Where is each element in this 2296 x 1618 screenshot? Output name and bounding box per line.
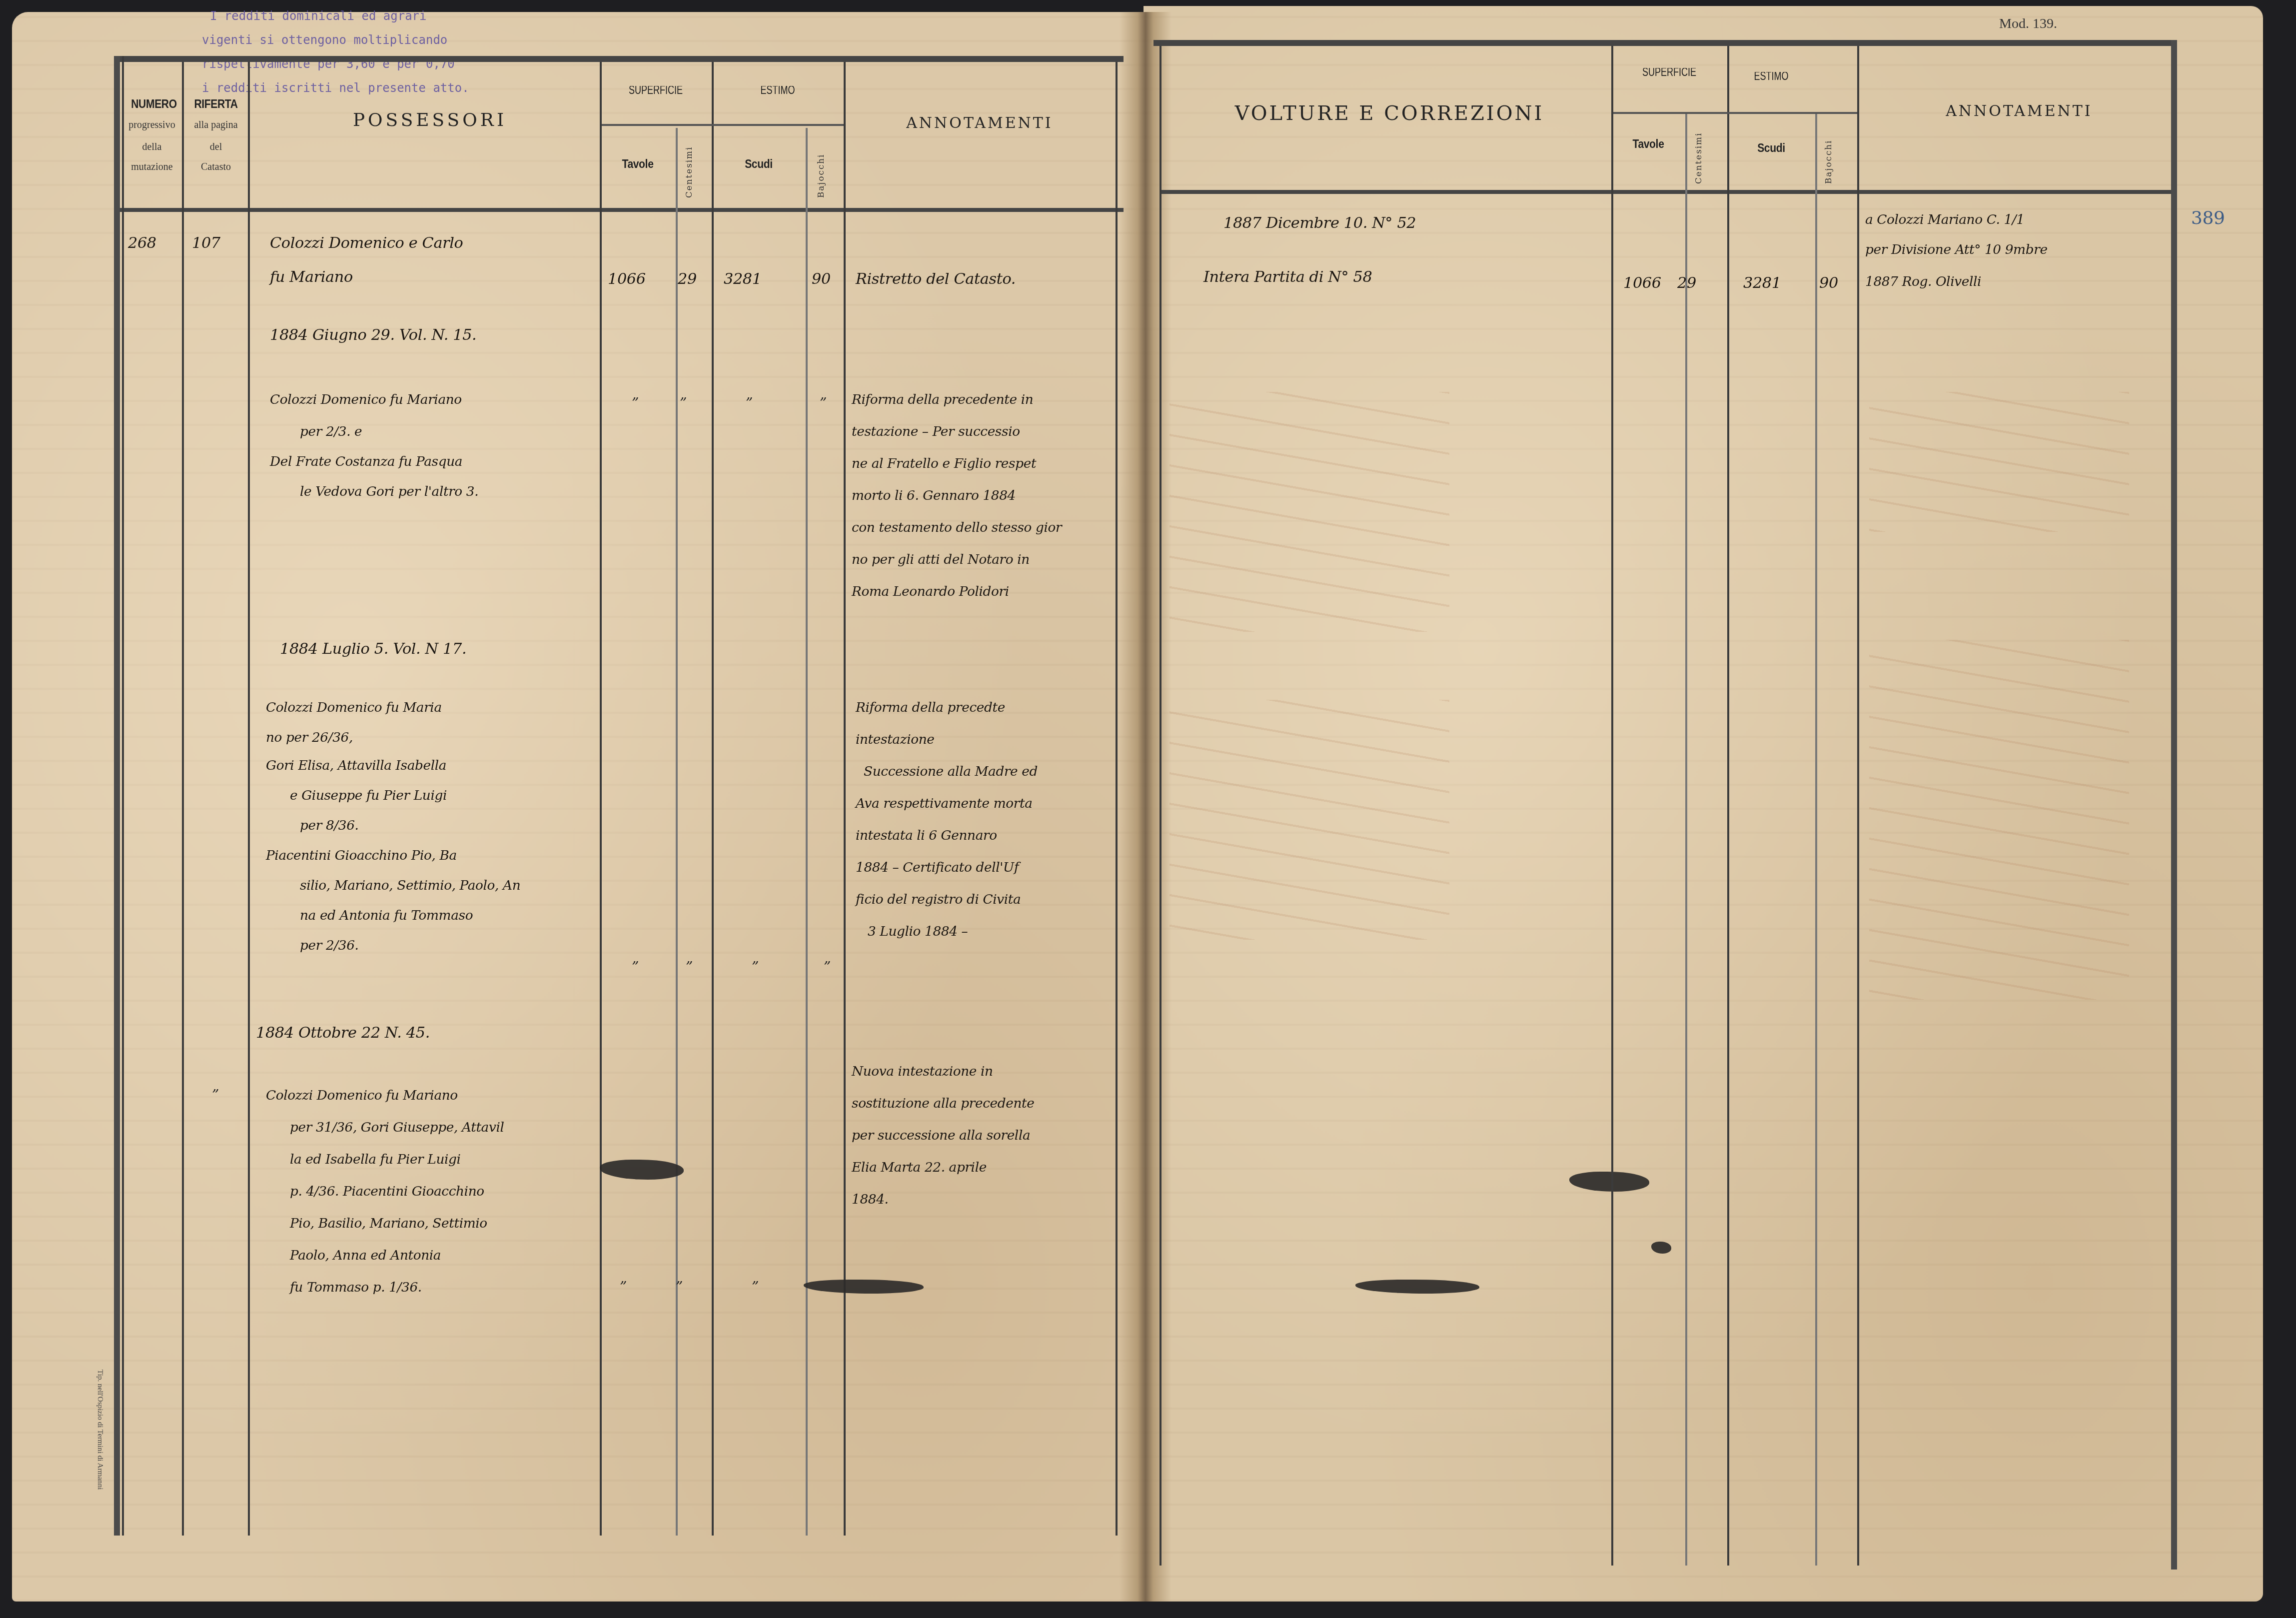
- possessori-line: Gori Elisa, Attavilla Isabella: [266, 758, 446, 774]
- scanned-ledger-spread: I redditi dominicali ed agrari vigenti s…: [0, 0, 2296, 1618]
- col-divider: [1611, 46, 1613, 1566]
- annotamenti-line: 1884 – Certificato dell'Uf: [856, 860, 1019, 876]
- col-divider: [1116, 62, 1118, 1536]
- annotamenti-line: Roma Leonardo Polidori: [852, 584, 1009, 600]
- header-possessori: POSSESSORI: [290, 114, 570, 134]
- margin-reference-number: 389: [2191, 210, 2225, 230]
- centesimi-ditto: ”: [680, 396, 687, 412]
- col-divider: [1159, 46, 1161, 1566]
- annotamenti-line: a Colozzi Mariano C. 1/1: [1865, 212, 2025, 228]
- annotamenti-line: per Divisione Att° 10 9mbre: [1865, 242, 2048, 258]
- header-centesimi: Centesimi: [684, 146, 694, 198]
- header-annotamenti: ANNOTAMENTI: [1869, 104, 2169, 120]
- possessori-line: Paolo, Anna ed Antonia: [290, 1248, 441, 1264]
- book-gutter: [1120, 12, 1171, 1602]
- subheader-divider: [602, 124, 844, 126]
- col-divider: [182, 62, 184, 1536]
- possessori-line: le Vedova Gori per l'altro 3.: [300, 484, 478, 500]
- annotamenti-line: morto li 6. Gennaro 1884: [852, 488, 1016, 504]
- col-divider: [1727, 46, 1729, 1566]
- printer-imprint: Tip. nell'Ospizio di Termini di Armanni: [96, 1370, 104, 1490]
- possessori-line: Colozzi Domenico fu Maria: [266, 700, 442, 716]
- header-numero: NUMERO: [128, 100, 179, 113]
- possessori-line: Colozzi Domenico fu Mariano: [270, 392, 462, 408]
- possessori-line: per 8/36.: [300, 818, 359, 834]
- possessori-line: e Giuseppe fu Pier Luigi: [290, 788, 447, 804]
- bleed-through-ink: [1169, 700, 1449, 940]
- annotamenti-line: no per gli atti del Notaro in: [852, 552, 1030, 568]
- possessori-line: Del Frate Costanza fu Pasqua: [270, 454, 462, 470]
- volture-line: 1887 Dicembre 10. N° 52: [1223, 214, 1416, 232]
- possessori-line: Colozzi Domenico fu Mariano: [266, 1088, 458, 1104]
- tavole-ditto: ”: [620, 1280, 627, 1296]
- centesimi-ditto: ”: [686, 960, 693, 976]
- outer-left-border: [114, 56, 120, 1536]
- scudi-ditto: ”: [752, 1280, 759, 1296]
- mutation-date: 1884 Luglio 5. Vol. N 17.: [280, 640, 466, 658]
- header-bottom-border: [1159, 190, 2177, 194]
- annotamenti-line: sostituzione alla precedente: [852, 1096, 1034, 1112]
- annotamenti-line: Riforma della precedte: [856, 700, 1005, 716]
- centesimi-value: 29: [678, 270, 697, 288]
- numero-value: 268: [128, 234, 156, 252]
- header-estimo: ESTIMO: [728, 86, 827, 99]
- bajocchi-value: 90: [1819, 274, 1838, 292]
- numero-ditto: ”: [212, 1088, 219, 1104]
- annotamenti-line: Successione alla Madre ed: [864, 764, 1038, 780]
- col-divider: [806, 128, 808, 1536]
- header-riferta: RIFERTA: [189, 100, 243, 113]
- stamp-line: I redditi dominicali ed agrari: [210, 10, 427, 24]
- header-tavole: Tavole: [605, 160, 670, 173]
- header-riferta-sub: alla pagina del Catasto: [184, 122, 248, 175]
- annotamenti-line: 1884.: [852, 1192, 889, 1208]
- bajocchi-ditto: ”: [824, 960, 831, 976]
- subheader-divider: [1613, 112, 1857, 114]
- annotamenti-line: ne al Fratello e Figlio respet: [852, 456, 1036, 472]
- possessori-line: Colozzi Domenico e Carlo: [270, 234, 463, 252]
- col-divider: [1857, 46, 1859, 1566]
- possessori-line: fu Tommaso p. 1/36.: [290, 1280, 422, 1296]
- volture-line: Intera Partita di N° 58: [1203, 268, 1372, 286]
- annotamenti-line: testazione – Per successio: [852, 424, 1020, 440]
- annotamenti-line: Ava respettivamente morta: [856, 796, 1033, 812]
- outer-right-border: [2171, 40, 2177, 1570]
- tavole-value: 1066: [608, 270, 646, 288]
- top-border: [114, 56, 1124, 62]
- scudi-ditto: ”: [752, 960, 759, 976]
- centesimi-value: 29: [1677, 274, 1696, 292]
- scudi-value: 3281: [1743, 274, 1781, 292]
- header-bottom-border: [114, 208, 1124, 212]
- header-bajocchi: Bajocchi: [816, 154, 826, 198]
- annotamenti-line: ficio del registro di Civita: [856, 892, 1021, 908]
- mutation-date: 1884 Giugno 29. Vol. N. 15.: [270, 326, 476, 344]
- possessori-line: p. 4/36. Piacentini Gioacchino: [290, 1184, 484, 1200]
- header-bajocchi: Bajocchi: [1823, 140, 1833, 184]
- col-divider: [676, 128, 678, 1536]
- possessori-line: per 2/3. e: [300, 424, 362, 440]
- col-divider: [600, 62, 602, 1536]
- col-divider: [248, 62, 250, 1536]
- header-volture: VOLTURE E CORREZIONI: [1179, 104, 1599, 126]
- annotamenti-line: Riforma della precedente in: [852, 392, 1033, 408]
- annotamenti-line: per successione alla sorella: [852, 1128, 1030, 1144]
- tavole-ditto: ”: [632, 960, 639, 976]
- col-divider: [1815, 114, 1817, 1566]
- annotamenti-line: 3 Luglio 1884 –: [868, 924, 968, 940]
- col-divider: [1685, 114, 1687, 1566]
- inner-left-border: [122, 56, 124, 1536]
- header-numero-sub: progressivo della mutazione: [122, 122, 182, 175]
- annotamenti-line: Nuova intestazione in: [852, 1064, 993, 1080]
- header-superficie: SUPERFICIE: [1626, 68, 1713, 81]
- header-estimo: ESTIMO: [1738, 72, 1804, 85]
- bajocchi-ditto: ”: [820, 396, 827, 412]
- header-centesimi: Centesimi: [1693, 132, 1703, 184]
- annotamenti-line: Elia Marta 22. aprile: [852, 1160, 987, 1176]
- mutation-date: 1884 Ottobre 22 N. 45.: [256, 1024, 430, 1042]
- annotamenti-line: Ristretto del Catasto.: [856, 270, 1016, 288]
- possessori-line: no per 26/36,: [266, 730, 353, 746]
- possessori-line: fu Mariano: [270, 268, 353, 286]
- annotamenti-line: intestata li 6 Gennaro: [856, 828, 997, 844]
- possessori-line: Pio, Basilio, Mariano, Settimio: [290, 1216, 487, 1232]
- possessori-line: na ed Antonia fu Tommaso: [300, 908, 473, 924]
- possessori-line: per 31/36, Gori Giuseppe, Attavil: [290, 1120, 504, 1136]
- tavole-value: 1066: [1623, 274, 1661, 292]
- annotamenti-line: intestazione: [856, 732, 935, 748]
- riferta-value: 107: [192, 234, 220, 252]
- header-scudi: Scudi: [1734, 144, 1809, 157]
- col-divider: [844, 62, 846, 1536]
- tavole-ditto: ”: [632, 396, 639, 412]
- top-border: [1153, 40, 2177, 46]
- possessori-line: per 2/36.: [300, 938, 359, 954]
- col-divider: [712, 62, 714, 1536]
- annotamenti-line: con testamento dello stesso gior: [852, 520, 1062, 536]
- annotamenti-line: 1887 Rog. Olivelli: [1865, 274, 1981, 290]
- scudi-value: 3281: [724, 270, 762, 288]
- stamp-line: vigenti si ottengono moltiplicando: [202, 34, 447, 48]
- scudi-ditto: ”: [746, 396, 753, 412]
- form-model-number: Mod. 139.: [1999, 16, 2057, 32]
- bleed-through-ink: [1869, 640, 2129, 1000]
- bajocchi-value: 90: [812, 270, 831, 288]
- header-superficie: SUPERFICIE: [614, 86, 698, 99]
- centesimi-ditto: ”: [676, 1280, 683, 1296]
- possessori-line: la ed Isabella fu Pier Luigi: [290, 1152, 461, 1168]
- bleed-through-ink: [1169, 392, 1449, 632]
- bleed-through-ink: [1869, 392, 2129, 532]
- stamp-line: i redditi iscritti nel presente atto.: [202, 82, 469, 96]
- header-tavole: Tavole: [1617, 140, 1680, 153]
- header-scudi: Scudi: [719, 160, 799, 173]
- possessori-line: Piacentini Gioacchino Pio, Ba: [266, 848, 457, 864]
- header-annotamenti: ANNOTAMENTI: [860, 116, 1100, 132]
- possessori-line: silio, Mariano, Settimio, Paolo, An: [300, 878, 520, 894]
